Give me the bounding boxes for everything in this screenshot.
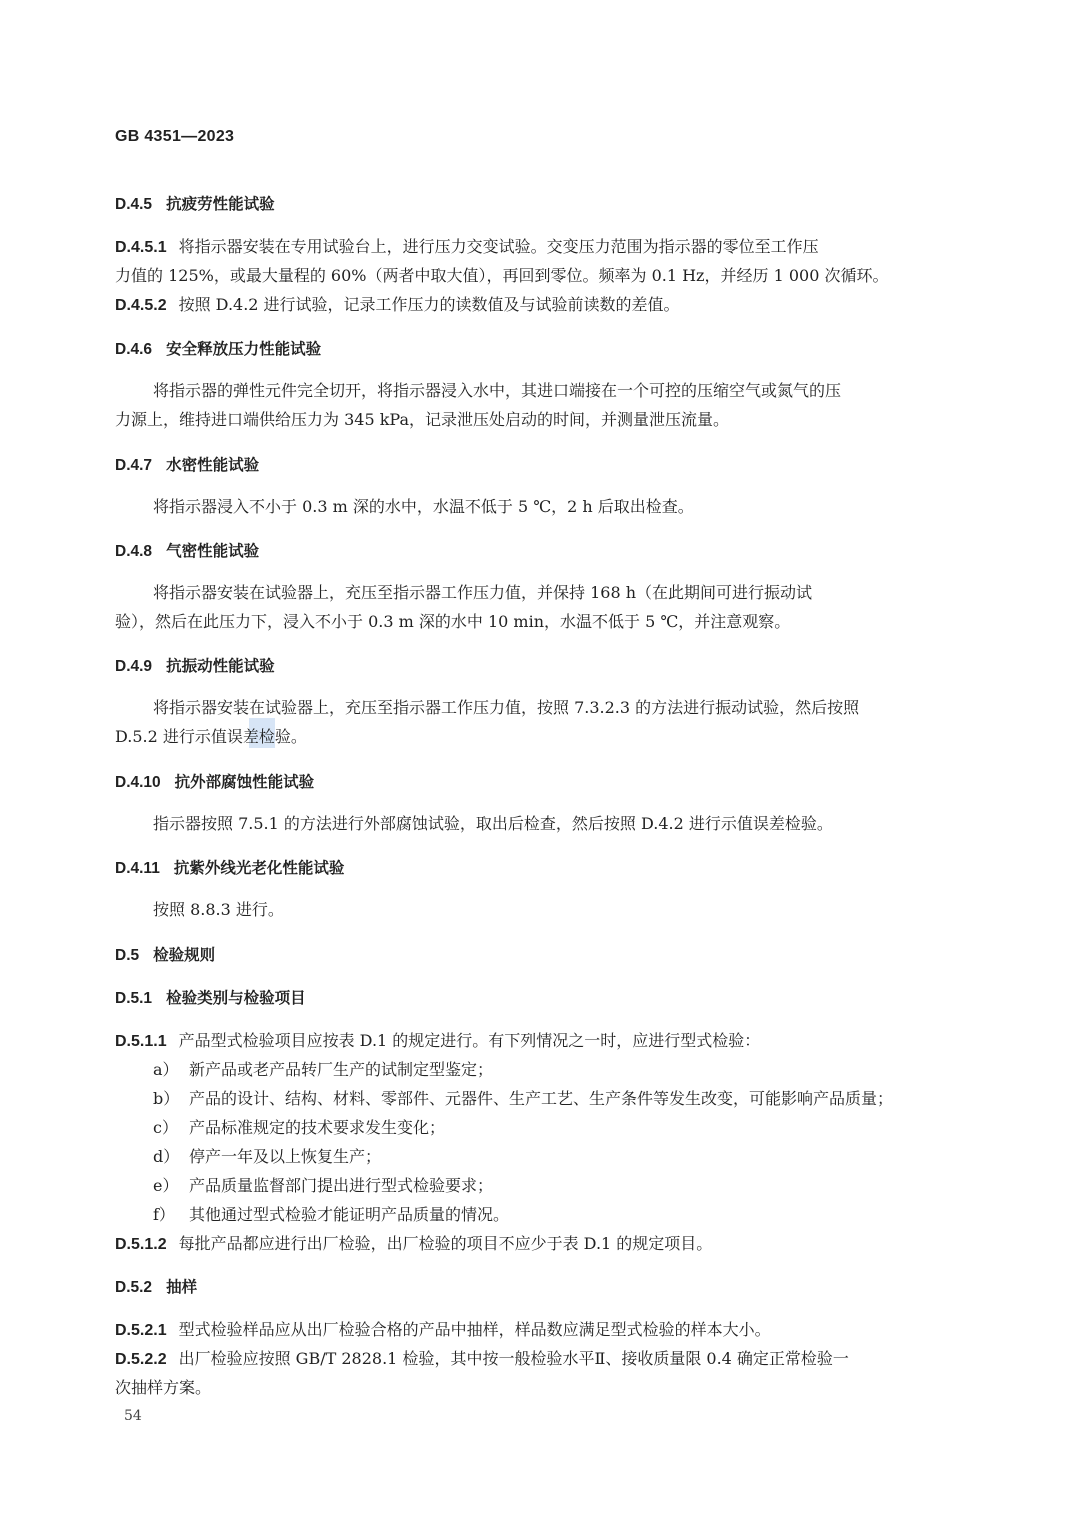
list-item: d）停产一年及以上恢复生产； xyxy=(153,1146,381,1168)
list-item: a）新产品或老产品转厂生产的试制定型鉴定； xyxy=(153,1059,493,1081)
para-d410: 指示器按照 7.5.1 的方法进行外部腐蚀试验，取出后检查，然后按照 D.4.2… xyxy=(153,813,833,835)
para-d522-line1: D.5.2.2出厂检验应按照 GB/T 2828.1 检验，其中按一般检验水平Ⅱ… xyxy=(115,1348,849,1371)
para-d49-line2: D.5.2 进行示值误差检验。 xyxy=(115,726,307,748)
para-d46-line1: 将指示器的弹性元件完全切开，将指示器浸入水中，其进口端接在一个可控的压缩空气或氮… xyxy=(153,380,841,402)
para-d522-line2: 次抽样方案。 xyxy=(115,1377,211,1399)
para-d411: 按照 8.8.3 进行。 xyxy=(153,899,284,921)
para-d511: D.5.1.1产品型式检验项目应按表 D.1 的规定进行。有下列情况之一时，应进… xyxy=(115,1030,760,1053)
para-d47: 将指示器浸入不小于 0.3 m 深的水中，水温不低于 5 ℃，2 h 后取出检查… xyxy=(153,496,694,518)
list-item: b）产品的设计、结构、材料、零部件、元器件、生产工艺、生产条件等发生改变，可能影… xyxy=(153,1088,893,1110)
para-d451-line2: 力值的 125%，或最大量程的 60%（两者中取大值），再回到零位。频率为 0.… xyxy=(115,265,888,287)
heading-d52: D.5.2抽样 xyxy=(115,1276,197,1299)
standard-code: GB 4351—2023 xyxy=(115,128,234,146)
para-d49-line1: 将指示器安装在试验器上，充压至指示器工作压力值，按照 7.3.2.3 的方法进行… xyxy=(153,697,859,719)
para-d452: D.4.5.2按照 D.4.2 进行试验，记录工作压力的读数值及与试验前读数的差… xyxy=(115,294,680,317)
heading-d46: D.4.6安全释放压力性能试验 xyxy=(115,338,321,361)
heading-d48: D.4.8气密性能试验 xyxy=(115,540,259,563)
para-d512: D.5.1.2每批产品都应进行出厂检验，出厂检验的项目不应少于表 D.1 的规定… xyxy=(115,1233,712,1256)
heading-d45: D.4.5抗疲劳性能试验 xyxy=(115,193,275,216)
page-number: 54 xyxy=(124,1408,142,1424)
para-d48-line1: 将指示器安装在试验器上，充压至指示器工作压力值，并保持 168 h（在此期间可进… xyxy=(153,582,812,604)
para-d451-line1: D.4.5.1将指示器安装在专用试验台上，进行压力交变试验。交变压力范围为指示器… xyxy=(115,236,819,259)
list-item: f）其他通过型式检验才能证明产品质量的情况。 xyxy=(153,1204,509,1226)
para-d521: D.5.2.1型式检验样品应从出厂检验合格的产品中抽样，样品数应满足型式检验的样… xyxy=(115,1319,771,1342)
heading-d411: D.4.11抗紫外线光老化性能试验 xyxy=(115,857,344,880)
heading-d51: D.5.1检验类别与检验项目 xyxy=(115,987,306,1010)
list-item: c）产品标准规定的技术要求发生变化； xyxy=(153,1117,445,1139)
para-d46-line2: 力源上，维持进口端供给压力为 345 kPa，记录泄压处启动的时间，并测量泄压流… xyxy=(115,409,729,431)
document-page: GB 4351—2023 D.4.5抗疲劳性能试验 D.4.5.1将指示器安装在… xyxy=(0,0,1080,1528)
para-d48-line2: 验），然后在此压力下，浸入不小于 0.3 m 深的水中 10 min，水温不低于… xyxy=(115,611,790,633)
heading-d410: D.4.10抗外部腐蚀性能试验 xyxy=(115,771,314,794)
heading-d5: D.5检验规则 xyxy=(115,944,215,967)
list-item: e）产品质量监督部门提出进行型式检验要求； xyxy=(153,1175,493,1197)
heading-d47: D.4.7水密性能试验 xyxy=(115,454,259,477)
heading-d49: D.4.9抗振动性能试验 xyxy=(115,655,275,678)
